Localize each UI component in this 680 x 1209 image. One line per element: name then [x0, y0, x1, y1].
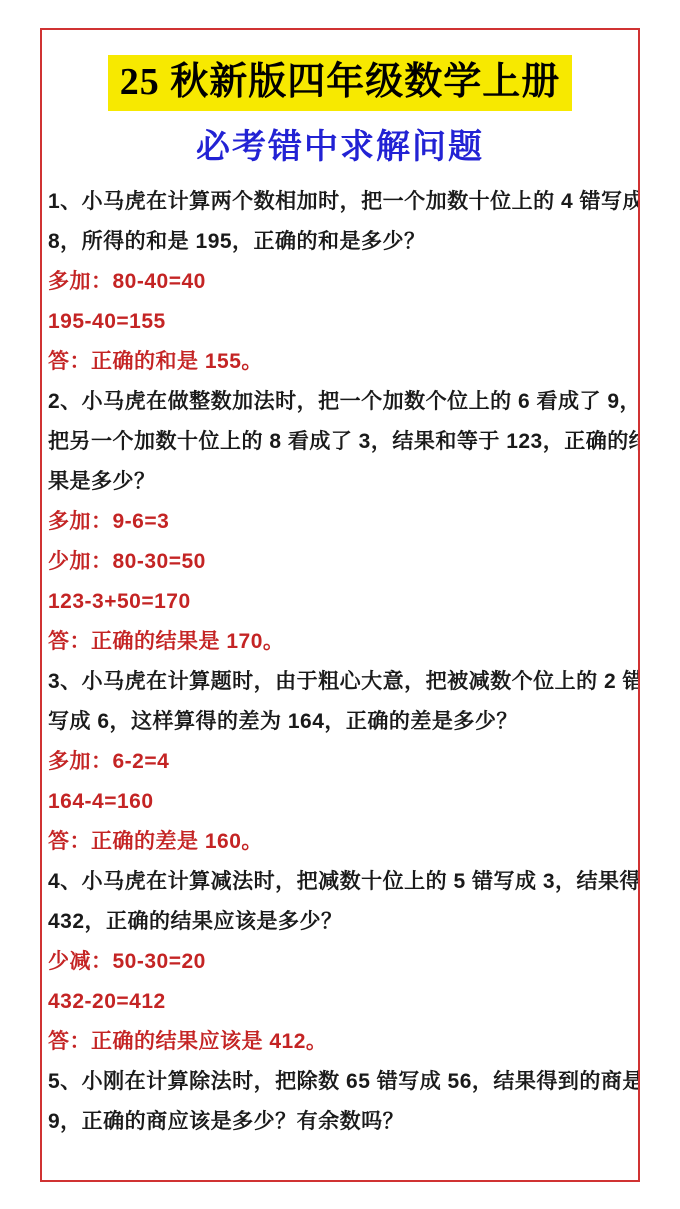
problem-4-question-line-1: 4、小马虎在计算减法时，把减数十位上的 5 错写成 3，结果得: [48, 862, 632, 902]
worksheet-sheet: 25 秋新版四年级数学上册 必考错中求解问题 1、小马虎在计算两个数相加时，把一…: [40, 28, 640, 1182]
problem-5-question-line-1: 5、小刚在计算除法时，把除数 65 错写成 56，结果得到的商是: [48, 1062, 632, 1102]
problem-1-question-line-1: 1、小马虎在计算两个数相加时，把一个加数十位上的 4 错写成: [48, 182, 632, 222]
worksheet-subtitle: 必考错中求解问题: [42, 119, 638, 168]
problem-5-question-line-2: 9，正确的商应该是多少？有余数吗？: [48, 1102, 632, 1142]
problem-2-solution-line-3: 123-3+50=170: [48, 582, 632, 622]
problem-2-solution-line-2: 少加：80-30=50: [48, 542, 632, 582]
problem-2-question-line-3: 果是多少？: [48, 462, 632, 502]
problem-1-solution-line-3: 答：正确的和是 155。: [48, 342, 632, 382]
problem-4-solution-line-3: 答：正确的结果应该是 412。: [48, 1022, 632, 1062]
problem-2-solution-line-1: 多加：9-6=3: [48, 502, 632, 542]
problem-4-solution-line-1: 少减：50-30=20: [48, 942, 632, 982]
problem-1-solution-line-1: 多加：80-40=40: [48, 262, 632, 302]
problem-2-question-line-1: 2、小马虎在做整数加法时，把一个加数个位上的 6 看成了 9，: [48, 382, 632, 422]
problem-1-solution-line-2: 195-40=155: [48, 302, 632, 342]
problem-3-solution-line-3: 答：正确的差是 160。: [48, 822, 632, 862]
problem-3-question-line-2: 写成 6，这样算得的差为 164，正确的差是多少？: [48, 702, 632, 742]
title-row: 25 秋新版四年级数学上册: [42, 54, 638, 110]
problem-4-solution-line-2: 432-20=412: [48, 982, 632, 1022]
problem-4-question-line-2: 432，正确的结果应该是多少？: [48, 902, 632, 942]
problem-3-question-line-1: 3、小马虎在计算题时，由于粗心大意，把被减数个位上的 2 错: [48, 662, 632, 702]
problem-1-question-line-2: 8，所得的和是 195，正确的和是多少？: [48, 222, 632, 262]
problem-2-question-line-2: 把另一个加数十位上的 8 看成了 3，结果和等于 123，正确的结: [48, 422, 632, 462]
problem-3-solution-line-1: 多加：6-2=4: [48, 742, 632, 782]
worksheet-title: 25 秋新版四年级数学上册: [108, 55, 573, 111]
problem-3-solution-line-2: 164-4=160: [48, 782, 632, 822]
problems-list: 1、小马虎在计算两个数相加时，把一个加数十位上的 4 错写成8，所得的和是 19…: [42, 182, 638, 1142]
problem-2-solution-line-4: 答：正确的结果是 170。: [48, 622, 632, 662]
